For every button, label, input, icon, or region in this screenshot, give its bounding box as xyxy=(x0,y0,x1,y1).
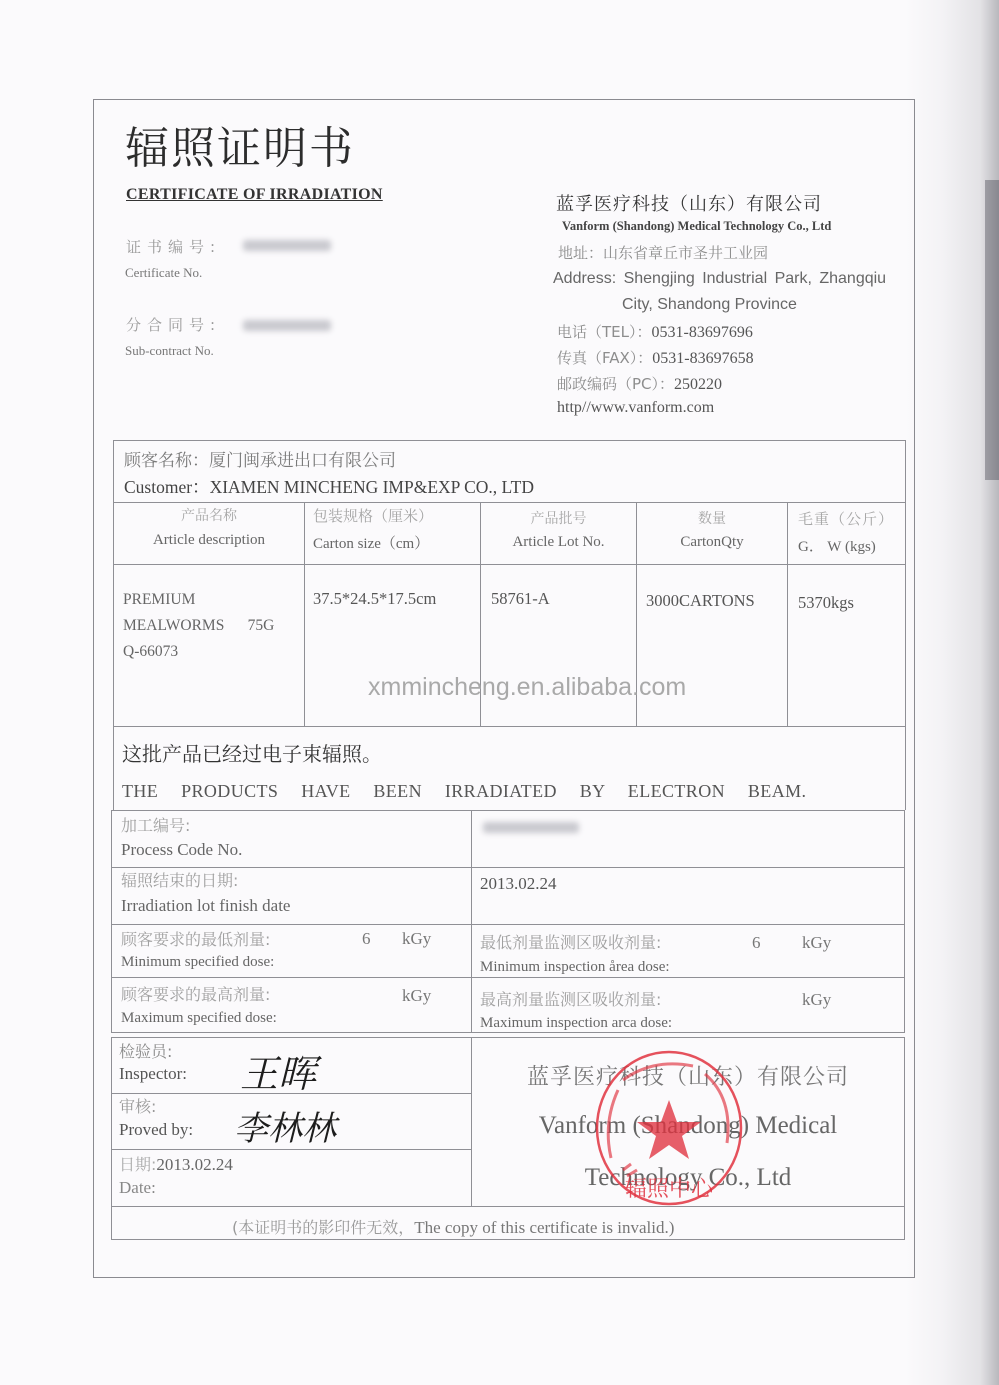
process-code-redacted xyxy=(483,822,579,833)
date-label-cn: 日期: xyxy=(119,1155,156,1174)
company-name-cn: 蓝孚医疗科技（山东）有限公司 xyxy=(556,190,822,216)
company-name-en: Vanform (Shandong) Medical Technology Co… xyxy=(562,219,831,234)
customer-value-cn: 厦门闽承进出口有限公司 xyxy=(209,451,396,471)
company-tel: 电话（TEL）：0531-83697696 xyxy=(557,321,753,342)
process-code-label-en: Process Code No. xyxy=(121,840,242,860)
col-lot-cn: 产品批号 xyxy=(481,508,636,528)
watermark: xmmincheng.en.alibaba.com xyxy=(368,673,686,702)
customer-name-cn: 顾客名称：厦门闽承进出口有限公司 xyxy=(124,446,396,471)
min-inspection-label-cn: 最低剂量监测区吸收剂量: xyxy=(480,930,661,953)
fax-label: 传真（FAX）： xyxy=(557,349,652,367)
proved-by-label-cn: 审核: xyxy=(119,1094,156,1117)
min-specified-value: 6 xyxy=(362,929,371,949)
description-line-3: Q-66073 xyxy=(123,639,304,665)
company-address-cn: 地址：山东省章丘市圣井工业园 xyxy=(558,242,768,263)
date-label-en: Date: xyxy=(119,1178,156,1198)
min-inspection-value: 6 xyxy=(752,933,761,953)
footer-note-en: The copy of this certificate is invalid.… xyxy=(414,1218,674,1237)
certificate-no-label-en: Certificate No. xyxy=(125,265,202,281)
date-value: 2013.02.24 xyxy=(156,1155,233,1174)
company-fax: 传真（FAX）：0531-83697658 xyxy=(557,347,754,368)
statement-cn: 这批产品已经过电子束辐照。 xyxy=(122,738,382,767)
date-line: 日期:2013.02.24 xyxy=(119,1152,233,1175)
company-website: http//www.vanform.com xyxy=(557,399,714,417)
cell-qty: 3000CARTONS xyxy=(637,565,788,727)
col-desc-cn: 产品名称 xyxy=(114,505,304,525)
column-header-description: 产品名称 Article description xyxy=(114,503,305,565)
finish-date-label-en: Irradiation lot finish date xyxy=(121,896,290,916)
cell-gross-weight: 5370kgs xyxy=(788,565,906,727)
cell-carton-size: 37.5*24.5*17.5cm xyxy=(305,565,481,727)
table-row: PREMIUM MEALWORMS 75G Q-66073 37.5*24.5*… xyxy=(114,565,906,727)
footer-note: (本证明书的影印件无效，The copy of this certificate… xyxy=(232,1215,674,1238)
col-qty-cn: 数量 xyxy=(637,508,787,528)
lot-no-value: 58761-A xyxy=(491,589,636,609)
min-inspection-label-en: Minimum inspection årea dose: xyxy=(480,959,670,976)
max-specified-label-en: Maximum specified dose: xyxy=(121,1010,277,1027)
column-header-gross-weight: 毛重（公斤） G． W (kgs) xyxy=(788,503,906,565)
min-inspection-unit: kGy xyxy=(802,933,831,953)
tel-label: 电话（TEL）： xyxy=(557,323,652,341)
proved-by-signature: 李林林 xyxy=(234,1101,336,1150)
tel-value: 0531-83697696 xyxy=(652,324,753,341)
description-line-1: PREMIUM xyxy=(123,587,304,613)
certificate-no-redacted xyxy=(243,240,331,251)
min-specified-unit: kGy xyxy=(402,929,431,949)
finish-date-label-cn: 辐照结束的日期: xyxy=(121,868,238,891)
company-postcode: 邮政编码（PC）：250220 xyxy=(557,373,722,394)
inspector-label-en: Inspector: xyxy=(119,1064,187,1084)
column-header-carton-size: 包装规格（厘米） Carton size（cm） xyxy=(305,503,481,565)
finish-date-value: 2013.02.24 xyxy=(480,874,557,894)
col-gw-cn: 毛重（公斤） xyxy=(798,508,905,529)
description-line-2: MEALWORMS 75G xyxy=(123,613,304,639)
subcontract-no-label-cn: 分合同号: xyxy=(126,314,221,335)
column-header-lot-no: 产品批号 Article Lot No. xyxy=(481,503,637,565)
gross-weight-value: 5370kgs xyxy=(798,593,905,613)
col-size-en: Carton size（cm） xyxy=(313,532,480,553)
certificate-no-label-cn: 证书编号: xyxy=(126,236,221,257)
max-specified-label-cn: 顾客要求的最高剂量: xyxy=(121,982,270,1005)
col-size-cn: 包装规格（厘米） xyxy=(313,505,480,526)
statement-en: THE PRODUCTS HAVE BEEN IRRADIATED BY ELE… xyxy=(122,781,806,802)
min-specified-label-cn: 顾客要求的最低剂量: xyxy=(121,927,270,950)
column-header-qty: 数量 CartonQty xyxy=(637,503,788,565)
max-inspection-unit: kGy xyxy=(802,990,831,1010)
stamp-text: 辐照中心 xyxy=(625,1177,714,1202)
scan-streak-dark xyxy=(985,180,999,480)
col-qty-en: CartonQty xyxy=(637,534,787,551)
inspector-signature: 王晖 xyxy=(240,1043,316,1098)
qty-value: 3000CARTONS xyxy=(646,591,787,611)
carton-size-value: 37.5*24.5*17.5cm xyxy=(313,589,480,609)
proved-by-label-en: Proved by: xyxy=(119,1120,193,1140)
process-code-value-cell xyxy=(472,811,905,868)
company-address-en-1: Address: Shengjing Industrial Park, Zhan… xyxy=(553,270,886,288)
title-english: CERTIFICATE OF IRRADIATION xyxy=(126,186,383,204)
customer-block: 顾客名称：厦门闽承进出口有限公司 Customer：XIAMEN MINCHEN… xyxy=(113,440,906,503)
col-desc-en: Article description xyxy=(114,532,304,549)
cell-description: PREMIUM MEALWORMS 75G Q-66073 xyxy=(114,565,305,727)
col-gw-en: G． W (kgs) xyxy=(798,535,905,556)
subcontract-no-label-en: Sub-contract No. xyxy=(125,343,214,359)
company-address-en-2: City, Shandong Province xyxy=(622,296,797,314)
customer-label-en: Customer： xyxy=(124,477,210,497)
min-specified-label-en: Minimum specified dose: xyxy=(121,954,274,971)
subcontract-no-redacted xyxy=(243,320,331,331)
title-chinese: 辐照证明书 xyxy=(125,112,355,176)
max-inspection-label-cn: 最高剂量监测区吸收剂量: xyxy=(480,987,661,1010)
fax-value: 0531-83697658 xyxy=(652,350,753,367)
customer-label-cn: 顾客名称： xyxy=(124,451,209,471)
pc-label: 邮政编码（PC）： xyxy=(557,375,674,393)
process-code-label-cn: 加工编号: xyxy=(121,813,190,836)
company-seal-stamp-icon: 辐照中心 xyxy=(593,1048,745,1208)
customer-value-en: XIAMEN MINCHENG IMP&EXP CO., LTD xyxy=(210,477,534,497)
pc-value: 250220 xyxy=(674,376,722,393)
inspector-label-cn: 检验员: xyxy=(119,1039,172,1062)
cell-lot-no: 58761-A xyxy=(481,565,637,727)
max-inspection-label-en: Maximum inspection arca dose: xyxy=(480,1015,672,1032)
footer-note-cn: (本证明书的影印件无效， xyxy=(232,1218,414,1237)
customer-name-en: Customer：XIAMEN MINCHENG IMP&EXP CO., LT… xyxy=(124,474,534,499)
product-table-header: 产品名称 Article description 包装规格（厘米） Carton… xyxy=(114,503,906,565)
max-specified-unit: kGy xyxy=(402,986,431,1006)
col-lot-en: Article Lot No. xyxy=(481,534,636,551)
